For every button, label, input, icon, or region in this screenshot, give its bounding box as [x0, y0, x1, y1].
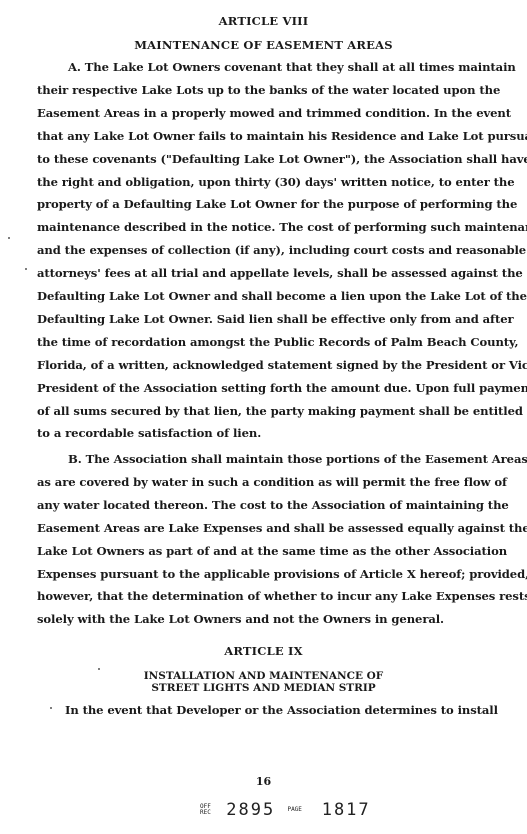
- text-line: President of the Association setting for…: [37, 381, 490, 395]
- text-line: their respective Lake Lots up to the ban…: [37, 83, 490, 97]
- scan-speck: [50, 707, 52, 709]
- document-page: ARTICLE VIII MAINTENANCE OF EASEMENT ARE…: [0, 0, 527, 834]
- page-number: 16: [0, 775, 527, 788]
- stamp-page: 1817: [322, 800, 371, 820]
- text-line: maintenance described in the notice. The…: [37, 220, 490, 234]
- text-line: Florida, of a written, acknowledged stat…: [37, 358, 490, 372]
- article-ix-first-line: In the event that Developer or the Assoc…: [65, 703, 465, 717]
- text-line: Defaulting Lake Lot Owner. Said lien sha…: [37, 312, 490, 326]
- text-line: however, that the determination of wheth…: [37, 589, 490, 603]
- article-ix-subtitle-line2: STREET LIGHTS AND MEDIAN STRIP: [0, 682, 527, 694]
- article-ix-title: ARTICLE IX: [0, 644, 527, 658]
- article-viii-subtitle: MAINTENANCE OF EASEMENT AREAS: [0, 38, 527, 52]
- text-line: as are covered by water in such a condit…: [37, 475, 490, 489]
- recording-stamp: OFFREC 2895 PAGE 1817: [200, 800, 371, 820]
- text-line: Defaulting Lake Lot Owner and shall beco…: [37, 289, 490, 303]
- stamp-prefix-bottom: REC: [200, 809, 211, 816]
- stamp-page-label: PAGE: [287, 806, 301, 813]
- article-ix-subtitle-line1: INSTALLATION AND MAINTENANCE OF: [0, 670, 527, 682]
- stamp-book: 2895: [226, 800, 275, 820]
- scan-speck: [8, 237, 10, 239]
- text-line: the right and obligation, upon thirty (3…: [37, 175, 490, 189]
- text-line: solely with the Lake Lot Owners and not …: [37, 612, 490, 626]
- article-viii-title: ARTICLE VIII: [0, 14, 527, 28]
- text-line: Lake Lot Owners as part of and at the sa…: [37, 544, 490, 558]
- text-line: the time of recordation amongst the Publ…: [37, 335, 490, 349]
- text-line: that any Lake Lot Owner fails to maintai…: [37, 129, 490, 143]
- scan-speck: [98, 668, 100, 670]
- text-line: any water located thereon. The cost to t…: [37, 498, 490, 512]
- text-line: B. The Association shall maintain those …: [68, 452, 490, 466]
- text-line: of all sums secured by that lien, the pa…: [37, 404, 490, 418]
- scan-speck: [25, 268, 27, 270]
- text-line: Easement Areas are Lake Expenses and sha…: [37, 521, 490, 535]
- text-line: attorneys' fees at all trial and appella…: [37, 266, 490, 280]
- text-line: A. The Lake Lot Owners covenant that the…: [68, 60, 490, 74]
- text-line: Expenses pursuant to the applicable prov…: [37, 567, 490, 581]
- text-line: to a recordable satisfaction of lien.: [37, 426, 490, 440]
- text-line: property of a Defaulting Lake Lot Owner …: [37, 197, 490, 211]
- text-line: and the expenses of collection (if any),…: [37, 243, 490, 257]
- text-line: to these covenants ("Defaulting Lake Lot…: [37, 152, 490, 166]
- text-line: Easement Areas in a properly mowed and t…: [37, 106, 490, 120]
